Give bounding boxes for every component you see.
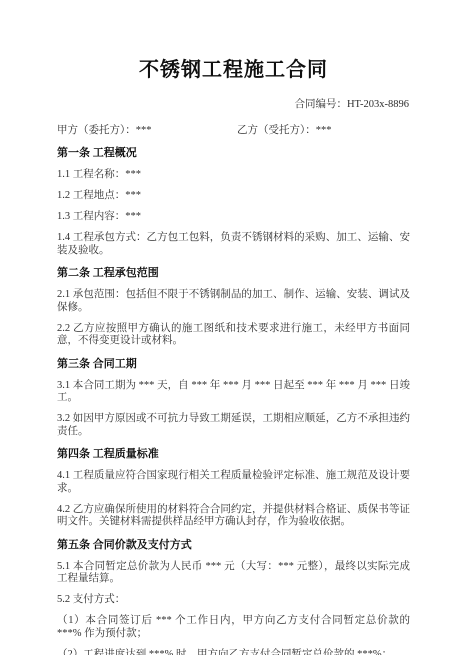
document-page: 不锈钢工程施工合同 合同编号：HT-203x-8896 甲方（委托方）：*** … bbox=[0, 0, 463, 655]
party-b: 乙方（受托方）：*** bbox=[237, 124, 410, 137]
paragraph: 5.1 本合同暂定总价款为人民币 *** 元（大写：*** 元整），最终以实际完… bbox=[57, 561, 410, 586]
paragraph: 1.2 工程地点：*** bbox=[57, 190, 410, 203]
paragraph: 3.2 如因甲方原因或不可抗力导致工期延误，工期相应顺延，乙方不承担违约责任。 bbox=[57, 413, 410, 438]
page-title: 不锈钢工程施工合同 bbox=[57, 57, 410, 83]
paragraph: 1.1 工程名称：*** bbox=[57, 169, 410, 182]
contract-number-label: 合同编号： bbox=[294, 99, 347, 110]
section-heading-5: 第五条 合同价款及支付方式 bbox=[57, 539, 410, 552]
section-heading-1: 第一条 工程概况 bbox=[57, 147, 410, 160]
paragraph: 4.1 工程质量应符合国家现行相关工程质量检验评定标准、施工规范及设计要求。 bbox=[57, 470, 410, 495]
paragraph: （2）工程进度达到 ***% 时，甲方向乙方支付合同暂定总价款的 ***%； bbox=[57, 649, 410, 655]
contract-number-value: HT-203x-8896 bbox=[347, 99, 409, 110]
paragraph: 2.2 乙方应按照甲方确认的施工图纸和技术要求进行施工，未经甲方书面同意，不得变… bbox=[57, 323, 410, 348]
paragraph: 1.3 工程内容：*** bbox=[57, 211, 410, 224]
paragraph: 1.4 工程承包方式：乙方包工包料，负责不锈钢材料的采购、加工、运输、安装及验收… bbox=[57, 232, 410, 257]
paragraph: 3.1 本合同工期为 *** 天，自 *** 年 *** 月 *** 日起至 *… bbox=[57, 380, 410, 405]
section-heading-3: 第三条 合同工期 bbox=[57, 358, 410, 371]
party-a: 甲方（委托方）：*** bbox=[57, 124, 237, 137]
paragraph: 2.1 承包范围：包括但不限于不锈钢制品的加工、制作、运输、安装、调试及保修。 bbox=[57, 289, 410, 314]
parties-row: 甲方（委托方）：*** 乙方（受托方）：*** bbox=[57, 124, 410, 137]
paragraph: 5.2 支付方式： bbox=[57, 594, 410, 607]
section-heading-2: 第二条 工程承包范围 bbox=[57, 267, 410, 280]
contract-number: 合同编号：HT-203x-8896 bbox=[57, 98, 409, 111]
paragraph: 4.2 乙方应确保所使用的材料符合合同约定，并提供材料合格证、质保书等证明文件。… bbox=[57, 504, 410, 529]
section-heading-4: 第四条 工程质量标准 bbox=[57, 448, 410, 461]
paragraph: （1）本合同签订后 *** 个工作日内，甲方向乙方支付合同暂定总价款的 ***%… bbox=[57, 615, 410, 640]
